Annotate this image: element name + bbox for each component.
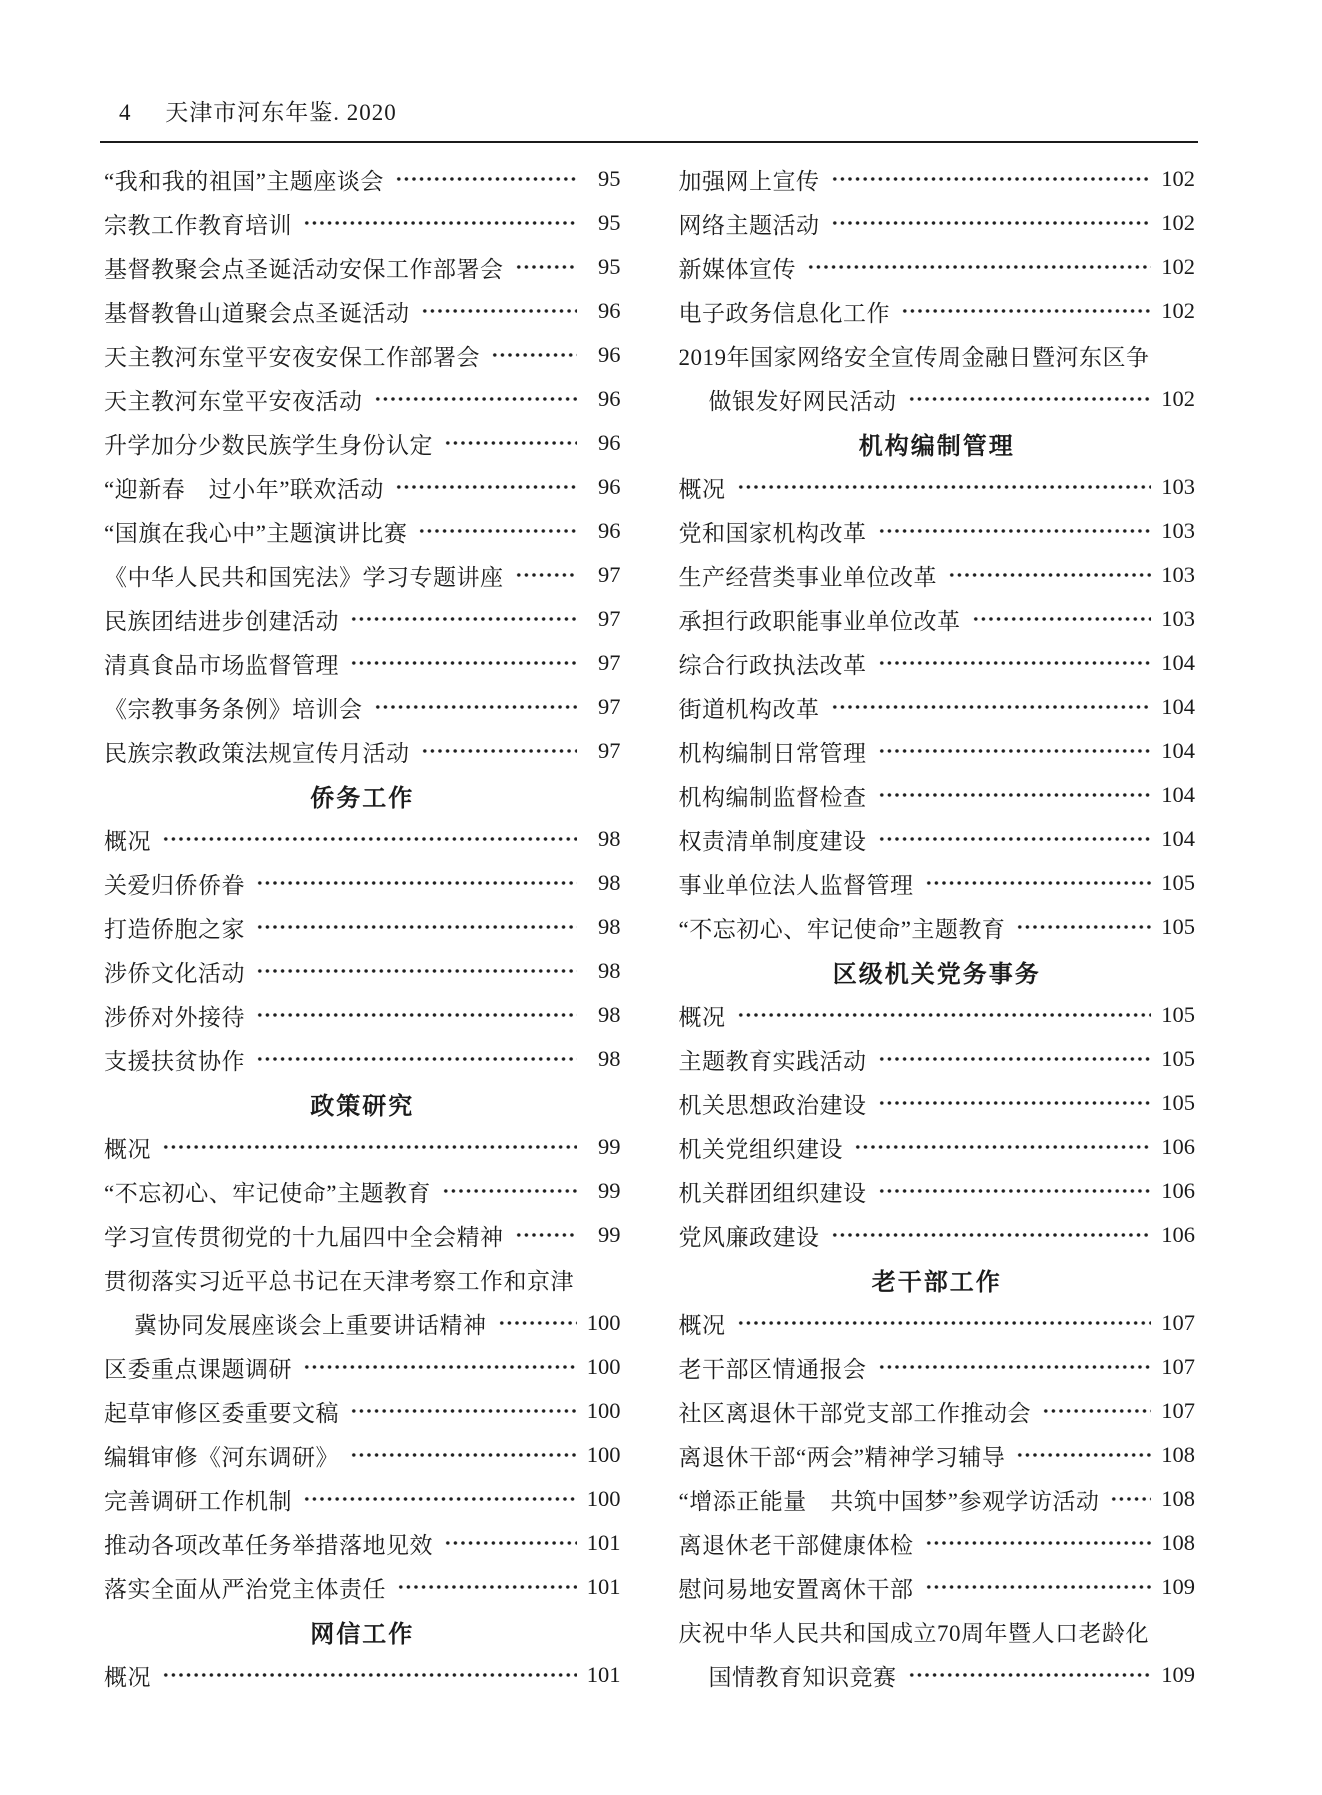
entry-page-number: 103 <box>1159 474 1195 500</box>
entry-title: 落实全面从严治党主体责任 <box>104 1571 386 1604</box>
entry-title: 机构编制监督检查 <box>679 779 867 812</box>
entry-page-number: 96 <box>585 386 621 412</box>
dot-leader <box>1041 1389 1151 1433</box>
dot-leader <box>736 993 1152 1037</box>
entry-title: 民族宗教政策法规宣传月活动 <box>104 735 410 768</box>
entry-title: 党和国家机构改革 <box>679 515 867 548</box>
toc-entry-row: 机构编制监督检查 104 <box>679 773 1196 817</box>
dot-leader <box>161 1653 577 1697</box>
dot-leader <box>907 377 1152 421</box>
entry-page-number: 95 <box>585 254 621 280</box>
entry-page-number: 106 <box>1159 1134 1195 1160</box>
entry-title: 机构编制日常管理 <box>679 735 867 768</box>
entry-page-number: 104 <box>1159 650 1195 676</box>
entry-title: 升学加分少数民族学生身份认定 <box>104 427 433 460</box>
entry-page-number: 102 <box>1159 210 1195 236</box>
dot-leader <box>443 1521 577 1565</box>
entry-title: 网络主题活动 <box>679 207 820 240</box>
toc-section-heading: 区级机关党务事务 <box>679 949 1196 993</box>
entry-page-number: 96 <box>585 518 621 544</box>
entry-title: 天主教河东堂平安夜安保工作部署会 <box>104 339 480 372</box>
toc-entry-wrap-line2: 做银发好网民活动 102 <box>679 377 1196 421</box>
entry-title: “我和我的祖国”主题座谈会 <box>104 163 384 196</box>
toc-entry-row: 学习宣传贯彻党的十九届四中全会精神 99 <box>104 1213 621 1257</box>
entry-title: 打造侨胞之家 <box>104 911 245 944</box>
entry-page-number: 101 <box>585 1574 621 1600</box>
entry-title: 学习宣传贯彻党的十九届四中全会精神 <box>104 1219 504 1252</box>
toc-entry-wrap-line1: 庆祝中华人民共和国成立70周年暨人口老龄化 <box>679 1609 1196 1653</box>
entry-page-number: 100 <box>585 1354 621 1380</box>
entry-page-number: 99 <box>585 1178 621 1204</box>
toc-entry-row: 编辑审修《河东调研》 100 <box>104 1433 621 1477</box>
dot-leader <box>736 465 1152 509</box>
entry-title: 老干部区情通报会 <box>679 1351 867 1384</box>
toc-entry-row: 概况 99 <box>104 1125 621 1169</box>
entry-title: 《宗教事务条例》培训会 <box>104 691 363 724</box>
entry-title: 关爱归侨侨眷 <box>104 867 245 900</box>
dot-leader <box>443 421 577 465</box>
toc-entry-row: 电子政务信息化工作 102 <box>679 289 1196 333</box>
toc-entry-row: 党和国家机构改革 103 <box>679 509 1196 553</box>
dot-leader <box>924 1521 1152 1565</box>
toc-entry-row: 涉侨文化活动 98 <box>104 949 621 993</box>
toc-entry-row: 概况 105 <box>679 993 1196 1037</box>
toc-entry-row: 机构编制日常管理 104 <box>679 729 1196 773</box>
toc-entry-row: 生产经营类事业单位改革 103 <box>679 553 1196 597</box>
entry-page-number: 96 <box>585 298 621 324</box>
entry-title: 加强网上宣传 <box>679 163 820 196</box>
dot-leader <box>736 1301 1152 1345</box>
entry-page-number: 97 <box>585 562 621 588</box>
toc-section-heading: 侨务工作 <box>104 773 621 817</box>
dot-leader <box>877 1169 1152 1213</box>
entry-title: 慰问易地安置离休干部 <box>679 1571 914 1604</box>
dot-leader <box>255 993 577 1037</box>
toc-entry-row: 起草审修区委重要文稿 100 <box>104 1389 621 1433</box>
entry-title: 生产经营类事业单位改革 <box>679 559 938 592</box>
entry-page-number: 101 <box>585 1662 621 1688</box>
toc-entry-wrap-line1: 2019年国家网络安全宣传周金融日暨河东区争 <box>679 333 1196 377</box>
dot-leader <box>830 685 1152 729</box>
toc-entry-row: 机关群团组织建设 106 <box>679 1169 1196 1213</box>
entry-title: 基督教鲁山道聚会点圣诞活动 <box>104 295 410 328</box>
entry-page-number: 107 <box>1159 1354 1195 1380</box>
entry-title: 电子政务信息化工作 <box>679 295 891 328</box>
dot-leader <box>830 1213 1152 1257</box>
entry-title: 宗教工作教育培训 <box>104 207 292 240</box>
entry-title: 主题教育实践活动 <box>679 1043 867 1076</box>
entry-page-number: 106 <box>1159 1222 1195 1248</box>
entry-title: 社区离退休干部党支部工作推动会 <box>679 1395 1032 1428</box>
entry-title: 支援扶贫协作 <box>104 1043 245 1076</box>
toc-entry-row: 概况 98 <box>104 817 621 861</box>
entry-page-number: 100 <box>585 1398 621 1424</box>
entry-page-number: 105 <box>1159 1002 1195 1028</box>
entry-title: 起草审修区委重要文稿 <box>104 1395 339 1428</box>
entry-title: 事业单位法人监督管理 <box>679 867 914 900</box>
entry-page-number: 97 <box>585 650 621 676</box>
dot-leader <box>420 289 577 333</box>
toc-entry-row: 民族宗教政策法规宣传月活动 97 <box>104 729 621 773</box>
toc-content: “我和我的祖国”主题座谈会 95 宗教工作教育培训 95 基督教聚会点圣诞活动安… <box>104 157 1195 1697</box>
entry-page-number: 96 <box>585 430 621 456</box>
entry-title: 基督教聚会点圣诞活动安保工作部署会 <box>104 251 504 284</box>
toc-entry-row: 关爱归侨侨眷 98 <box>104 861 621 905</box>
entry-title: 完善调研工作机制 <box>104 1483 292 1516</box>
entry-page-number: 98 <box>585 870 621 896</box>
toc-section-heading: 政策研究 <box>104 1081 621 1125</box>
dot-leader <box>441 1169 577 1213</box>
entry-page-number: 102 <box>1159 254 1195 280</box>
entry-page-number: 104 <box>1159 738 1195 764</box>
entry-title: 《中华人民共和国宪法》学习专题讲座 <box>104 559 504 592</box>
dot-leader <box>497 1301 577 1345</box>
dot-leader <box>806 245 1151 289</box>
entry-title: 概况 <box>679 999 726 1032</box>
entry-page-number: 98 <box>585 1002 621 1028</box>
entry-title: 区委重点课题调研 <box>104 1351 292 1384</box>
entry-page-number: 95 <box>585 166 621 192</box>
toc-entry-row: 支援扶贫协作 98 <box>104 1037 621 1081</box>
entry-title: 概况 <box>104 823 151 856</box>
toc-entry-row: “我和我的祖国”主题座谈会 95 <box>104 157 621 201</box>
entry-page-number: 105 <box>1159 1046 1195 1072</box>
entry-title: 综合行政执法改革 <box>679 647 867 680</box>
toc-entry-row: 概况 107 <box>679 1301 1196 1345</box>
dot-leader <box>907 1653 1152 1697</box>
toc-entry-row: 推动各项改革任务举措落地见效 101 <box>104 1521 621 1565</box>
entry-page-number: 98 <box>585 958 621 984</box>
entry-title: 概况 <box>104 1131 151 1164</box>
toc-entry-row: 打造侨胞之家 98 <box>104 905 621 949</box>
toc-entry-row: 机关党组织建设 106 <box>679 1125 1196 1169</box>
entry-page-number: 104 <box>1159 694 1195 720</box>
toc-section-heading: 机构编制管理 <box>679 421 1196 465</box>
entry-page-number: 95 <box>585 210 621 236</box>
toc-entry-row: “迎新春 过小年”联欢活动 96 <box>104 465 621 509</box>
dot-leader <box>830 157 1152 201</box>
dot-leader <box>877 1081 1152 1125</box>
entry-page-number: 109 <box>1159 1662 1195 1688</box>
dot-leader <box>302 201 577 245</box>
toc-entry-wrap-line2: 国情教育知识竞赛 109 <box>679 1653 1196 1697</box>
dot-leader <box>255 861 577 905</box>
entry-page-number: 102 <box>1159 298 1195 324</box>
entry-page-number: 104 <box>1159 826 1195 852</box>
toc-entry-row: 区委重点课题调研 100 <box>104 1345 621 1389</box>
toc-column-left: “我和我的祖国”主题座谈会 95 宗教工作教育培训 95 基督教聚会点圣诞活动安… <box>104 157 621 1697</box>
entry-title: 离退休老干部健康体检 <box>679 1527 914 1560</box>
dot-leader <box>255 949 577 993</box>
toc-entry-row: 《宗教事务条例》培训会 97 <box>104 685 621 729</box>
toc-entry-row: 社区离退休干部党支部工作推动会 107 <box>679 1389 1196 1433</box>
dot-leader <box>161 817 577 861</box>
dot-leader <box>373 377 577 421</box>
dot-leader <box>971 597 1152 641</box>
entry-page-number: 105 <box>1159 914 1195 940</box>
entry-title: 涉侨对外接待 <box>104 999 245 1032</box>
toc-entry-row: 事业单位法人监督管理 105 <box>679 861 1196 905</box>
toc-entry-row: “不忘初心、牢记使命”主题教育 105 <box>679 905 1196 949</box>
entry-title: 国情教育知识竞赛 <box>709 1659 897 1692</box>
toc-entry-row: 民族团结进步创建活动 97 <box>104 597 621 641</box>
toc-entry-row: 主题教育实践活动 105 <box>679 1037 1196 1081</box>
toc-entry-row: 老干部区情通报会 107 <box>679 1345 1196 1389</box>
toc-entry-row: 加强网上宣传 102 <box>679 157 1196 201</box>
entry-page-number: 98 <box>585 826 621 852</box>
entry-title: 机关群团组织建设 <box>679 1175 867 1208</box>
toc-entry-row: 党风廉政建设 106 <box>679 1213 1196 1257</box>
dot-leader <box>924 861 1152 905</box>
dot-leader <box>514 553 577 597</box>
entry-title: “迎新春 过小年”联欢活动 <box>104 471 384 504</box>
dot-leader <box>1015 905 1151 949</box>
header-rule <box>100 141 1198 143</box>
entry-page-number: 105 <box>1159 870 1195 896</box>
dot-leader <box>514 245 577 289</box>
dot-leader <box>349 1389 577 1433</box>
book-title: 天津市河东年鉴. 2020 <box>165 100 397 125</box>
entry-page-number: 108 <box>1159 1442 1195 1468</box>
entry-page-number: 100 <box>585 1310 621 1336</box>
dot-leader <box>490 333 577 377</box>
dot-leader <box>161 1125 577 1169</box>
entry-page-number: 105 <box>1159 1090 1195 1116</box>
toc-entry-wrap-line1: 贯彻落实习近平总书记在天津考察工作和京津 <box>104 1257 621 1301</box>
toc-entry-row: 完善调研工作机制 100 <box>104 1477 621 1521</box>
entry-page-number: 98 <box>585 1046 621 1072</box>
entry-title: 清真食品市场监督管理 <box>104 647 339 680</box>
dot-leader <box>349 641 577 685</box>
toc-entry-row: 离退休老干部健康体检 108 <box>679 1521 1196 1565</box>
folio-number: 4 <box>119 100 132 126</box>
entry-title: 概况 <box>679 471 726 504</box>
dot-leader <box>877 509 1152 553</box>
toc-section-heading: 老干部工作 <box>679 1257 1196 1301</box>
toc-entry-row: 天主教河东堂平安夜活动 96 <box>104 377 621 421</box>
entry-page-number: 103 <box>1159 518 1195 544</box>
toc-entry-row: 《中华人民共和国宪法》学习专题讲座 97 <box>104 553 621 597</box>
toc-entry-row: 清真食品市场监督管理 97 <box>104 641 621 685</box>
dot-leader <box>900 289 1151 333</box>
entry-title: 机关党组织建设 <box>679 1131 844 1164</box>
entry-page-number: 103 <box>1159 606 1195 632</box>
entry-title: 概况 <box>679 1307 726 1340</box>
entry-page-number: 97 <box>585 606 621 632</box>
toc-column-right: 加强网上宣传 102 网络主题活动 102 新媒体宣传 102 电子政务信息化工… <box>679 157 1196 1697</box>
dot-leader <box>877 729 1152 773</box>
toc-entry-wrap-line2: 冀协同发展座谈会上重要讲话精神 100 <box>104 1301 621 1345</box>
entry-page-number: 109 <box>1159 1574 1195 1600</box>
dot-leader <box>877 1345 1152 1389</box>
entry-title: 编辑审修《河东调研》 <box>104 1439 339 1472</box>
toc-entry-row: 基督教聚会点圣诞活动安保工作部署会 95 <box>104 245 621 289</box>
dot-leader <box>302 1345 577 1389</box>
entry-title: 民族团结进步创建活动 <box>104 603 339 636</box>
entry-title: 做银发好网民活动 <box>709 383 897 416</box>
entry-title: 新媒体宣传 <box>679 251 797 284</box>
toc-entry-row: 新媒体宣传 102 <box>679 245 1196 289</box>
toc-entry-row: 网络主题活动 102 <box>679 201 1196 245</box>
entry-page-number: 104 <box>1159 782 1195 808</box>
entry-page-number: 101 <box>585 1530 621 1556</box>
entry-page-number: 100 <box>585 1486 621 1512</box>
dot-leader <box>396 1565 577 1609</box>
entry-page-number: 102 <box>1159 166 1195 192</box>
toc-entry-row: 涉侨对外接待 98 <box>104 993 621 1037</box>
dot-leader <box>255 905 577 949</box>
yearbook-toc-page: 4 天津市河东年鉴. 2020 “我和我的祖国”主题座谈会 95 宗教工作教育培… <box>0 0 1322 1795</box>
dot-leader <box>877 773 1152 817</box>
dot-leader <box>302 1477 577 1521</box>
toc-entry-row: 基督教鲁山道聚会点圣诞活动 96 <box>104 289 621 333</box>
dot-leader <box>830 201 1152 245</box>
entry-page-number: 97 <box>585 738 621 764</box>
entry-title: 天主教河东堂平安夜活动 <box>104 383 363 416</box>
entry-page-number: 99 <box>585 1222 621 1248</box>
entry-page-number: 99 <box>585 1134 621 1160</box>
entry-title: “国旗在我心中”主题演讲比赛 <box>104 515 407 548</box>
dot-leader <box>394 157 577 201</box>
entry-title: 承担行政职能事业单位改革 <box>679 603 961 636</box>
entry-title: 党风廉政建设 <box>679 1219 820 1252</box>
toc-entry-row: 离退休干部“两会”精神学习辅导 108 <box>679 1433 1196 1477</box>
toc-entry-row: “国旗在我心中”主题演讲比赛 96 <box>104 509 621 553</box>
dot-leader <box>417 509 576 553</box>
toc-entry-row: 宗教工作教育培训 95 <box>104 201 621 245</box>
entry-page-number: 100 <box>585 1442 621 1468</box>
entry-page-number: 96 <box>585 474 621 500</box>
toc-entry-row: “增添正能量 共筑中国梦”参观学访活动 108 <box>679 1477 1196 1521</box>
entry-page-number: 103 <box>1159 562 1195 588</box>
entry-title: 概况 <box>104 1659 151 1692</box>
toc-entry-row: 综合行政执法改革 104 <box>679 641 1196 685</box>
toc-entry-row: 承担行政职能事业单位改革 103 <box>679 597 1196 641</box>
dot-leader <box>394 465 577 509</box>
toc-entry-row: 街道机构改革 104 <box>679 685 1196 729</box>
dot-leader <box>514 1213 577 1257</box>
entry-title: 涉侨文化活动 <box>104 955 245 988</box>
toc-entry-row: 天主教河东堂平安夜安保工作部署会 96 <box>104 333 621 377</box>
toc-entry-row: 概况 103 <box>679 465 1196 509</box>
entry-title: 离退休干部“两会”精神学习辅导 <box>679 1439 1006 1472</box>
dot-leader <box>255 1037 577 1081</box>
entry-title: 机关思想政治建设 <box>679 1087 867 1120</box>
toc-section-heading: 网信工作 <box>104 1609 621 1653</box>
dot-leader <box>877 817 1152 861</box>
entry-page-number: 96 <box>585 342 621 368</box>
toc-entry-row: 落实全面从严治党主体责任 101 <box>104 1565 621 1609</box>
dot-leader <box>853 1125 1151 1169</box>
dot-leader <box>877 641 1152 685</box>
page-header: 4 天津市河东年鉴. 2020 <box>119 94 397 127</box>
toc-entry-row: 机关思想政治建设 105 <box>679 1081 1196 1125</box>
entry-title: 街道机构改革 <box>679 691 820 724</box>
entry-title: 冀协同发展座谈会上重要讲话精神 <box>134 1307 487 1340</box>
dot-leader <box>349 1433 577 1477</box>
dot-leader <box>349 597 577 641</box>
entry-page-number: 98 <box>585 914 621 940</box>
entry-page-number: 102 <box>1159 386 1195 412</box>
dot-leader <box>924 1565 1152 1609</box>
toc-entry-row: 升学加分少数民族学生身份认定 96 <box>104 421 621 465</box>
toc-entry-row: 概况 101 <box>104 1653 621 1697</box>
entry-title: 权责清单制度建设 <box>679 823 867 856</box>
entry-page-number: 106 <box>1159 1178 1195 1204</box>
dot-leader <box>1109 1477 1151 1521</box>
entry-title: 推动各项改革任务举措落地见效 <box>104 1527 433 1560</box>
entry-page-number: 107 <box>1159 1310 1195 1336</box>
entry-title: “不忘初心、牢记使命”主题教育 <box>679 911 1006 944</box>
entry-title: “不忘初心、牢记使命”主题教育 <box>104 1175 431 1208</box>
dot-leader <box>877 1037 1152 1081</box>
entry-title: “增添正能量 共筑中国梦”参观学访活动 <box>679 1483 1100 1516</box>
dot-leader <box>947 553 1151 597</box>
toc-entry-row: 慰问易地安置离休干部 109 <box>679 1565 1196 1609</box>
entry-page-number: 108 <box>1159 1530 1195 1556</box>
dot-leader <box>420 729 577 773</box>
toc-entry-row: “不忘初心、牢记使命”主题教育 99 <box>104 1169 621 1213</box>
dot-leader <box>373 685 577 729</box>
entry-page-number: 97 <box>585 694 621 720</box>
entry-page-number: 108 <box>1159 1486 1195 1512</box>
entry-page-number: 107 <box>1159 1398 1195 1424</box>
toc-entry-row: 权责清单制度建设 104 <box>679 817 1196 861</box>
dot-leader <box>1015 1433 1151 1477</box>
